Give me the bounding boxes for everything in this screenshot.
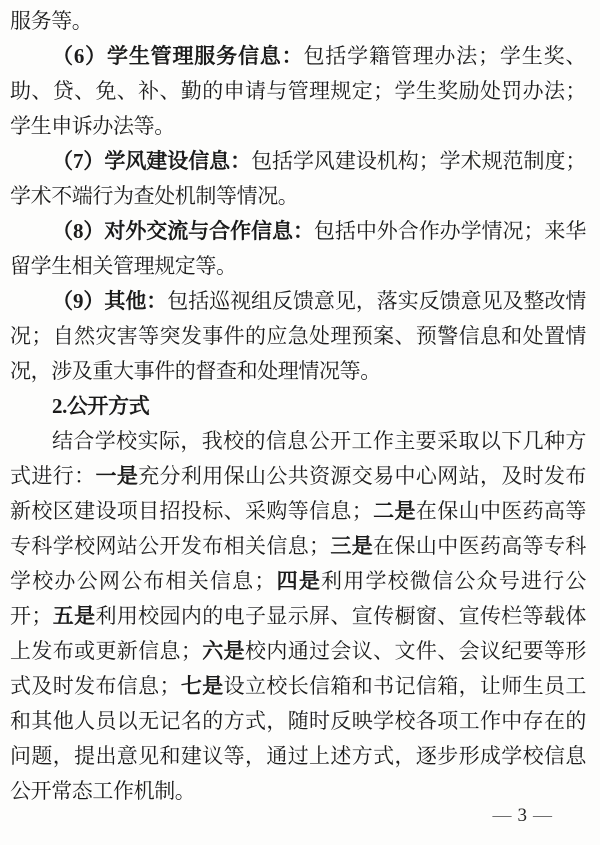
emphasis-text: 五是 — [52, 604, 95, 628]
paragraph: （9）其他：包括巡视组反馈意见，落实反馈意见及整改情况；自然灾害等突发事件的应急… — [10, 284, 586, 389]
section-heading: 2.公开方式 — [10, 389, 586, 424]
paragraph: 结合学校实际，我校的信息公开工作主要采取以下几种方式进行：一是充分利用保山公共资… — [10, 424, 586, 809]
page-footer: —3— — [487, 805, 559, 827]
document-body: 服务等。（6）学生管理服务信息：包括学籍管理办法；学生奖、助、贷、免、补、勤的申… — [10, 4, 586, 809]
paragraph: （8）对外交流与合作信息：包括中外合作办学情况；来华留学生相关管理规定等。 — [10, 214, 586, 284]
body-text: 服务等。 — [10, 9, 92, 33]
emphasis-text: 四是 — [275, 569, 321, 593]
footer-dash-left: — — [493, 805, 512, 826]
emphasis-text: （9）其他： — [52, 289, 167, 313]
emphasis-text: 七是 — [180, 674, 223, 698]
emphasis-text: （8）对外交流与合作信息： — [52, 219, 314, 243]
paragraph: 服务等。 — [10, 4, 586, 39]
emphasis-text: 二是 — [372, 499, 415, 523]
emphasis-text: 三是 — [330, 534, 373, 558]
paragraph: （6）学生管理服务信息：包括学籍管理办法；学生奖、助、贷、免、补、勤的申请与管理… — [10, 39, 586, 144]
footer-dash-right: — — [533, 805, 552, 826]
emphasis-text: （7）学风建设信息： — [52, 149, 251, 173]
emphasis-text: 2.公开方式 — [52, 394, 149, 418]
emphasis-text: 六是 — [202, 639, 245, 663]
emphasis-text: （6）学生管理服务信息： — [52, 44, 303, 68]
page-number: 3 — [518, 805, 528, 826]
document-page: 服务等。（6）学生管理服务信息：包括学籍管理办法；学生奖、助、贷、免、补、勤的申… — [0, 0, 600, 845]
emphasis-text: 一是 — [95, 464, 138, 488]
paragraph: （7）学风建设信息：包括学风建设机构；学术规范制度；学术不端行为查处机制等情况。 — [10, 144, 586, 214]
